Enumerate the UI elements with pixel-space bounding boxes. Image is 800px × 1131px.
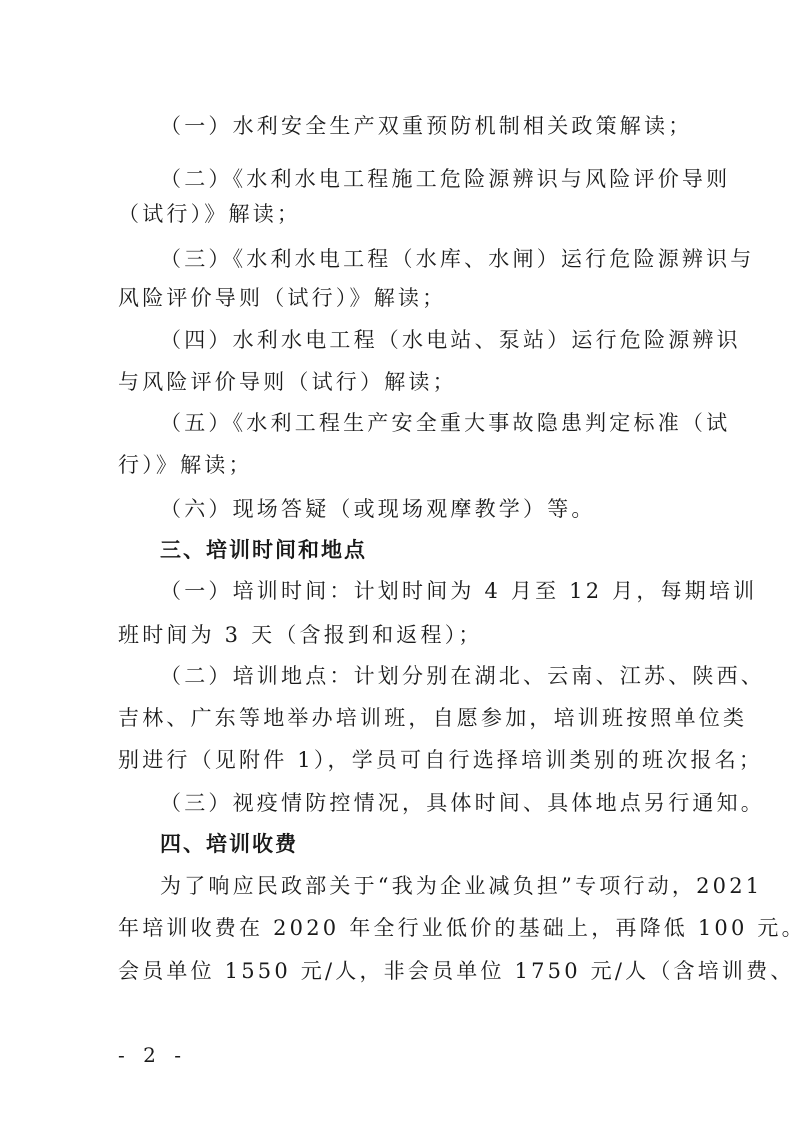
paragraph-fees-line2: 年培训收费在 2020 年全行业低价的基础上，再降低 100 元。 — [118, 913, 800, 943]
list-item-construction-guideline-cont: （试行）》解读； — [118, 199, 301, 229]
section-heading-time-location: 三、培训时间和地点 — [160, 535, 367, 565]
list-item-hydropower-guideline: （四）水利水电工程（水电站、泵站）运行危险源辨识 — [160, 325, 741, 355]
list-item-hazard-standard: （五）《水利工程生产安全重大事故隐患判定标准（试 — [160, 408, 730, 438]
list-item-training-location: （二）培训地点：计划分别在湖北、云南、江苏、陕西、 — [160, 661, 765, 691]
list-item-hydropower-guideline-cont: 与风险评价导则（试行）解读； — [118, 367, 457, 397]
section-heading-fees: 四、培训收费 — [160, 829, 298, 859]
paragraph-fees-line3: 会员单位 1550 元/人，非会员单位 1750 元/人（含培训费、 — [118, 956, 795, 986]
list-item-training-location-cont2: 别进行（见附件 1），学员可自行选择培训类别的班次报名； — [118, 745, 763, 775]
list-item-onsite-qa: （六）现场答疑（或现场观摩教学）等。 — [160, 494, 596, 524]
document-page: （一）水利安全生产双重预防机制相关政策解读； （二）《水利水电工程施工危险源辨识… — [0, 0, 800, 1131]
list-item-training-location-cont1: 吉林、广东等地举办培训班，自愿参加，培训班按照单位类 — [118, 703, 747, 733]
page-number: - 2 - — [118, 1040, 187, 1070]
list-item-reservoir-guideline-cont: 风险评价导则（试行）》解读； — [118, 283, 446, 313]
list-item-policy-interpretation: （一）水利安全生产双重预防机制相关政策解读； — [160, 111, 692, 141]
list-item-construction-guideline: （二）《水利水电工程施工危险源辨识与风险评价导则 — [160, 164, 730, 194]
list-item-epidemic-notice: （三）视疫情防控情况，具体时间、具体地点另行通知。 — [160, 788, 765, 818]
paragraph-fees-line1: 为了响应民政部关于“我为企业减负担”专项行动，2021 — [160, 871, 762, 901]
list-item-training-time: （一）培训时间：计划时间为 4 月至 12 月，每期培训 — [160, 576, 757, 606]
list-item-training-time-cont: 班时间为 3 天（含报到和返程）； — [118, 620, 483, 650]
list-item-hazard-standard-cont: 行）》解读； — [118, 450, 253, 480]
list-item-reservoir-guideline: （三）《水利水电工程（水库、水闸）运行危险源辨识与 — [160, 244, 755, 274]
